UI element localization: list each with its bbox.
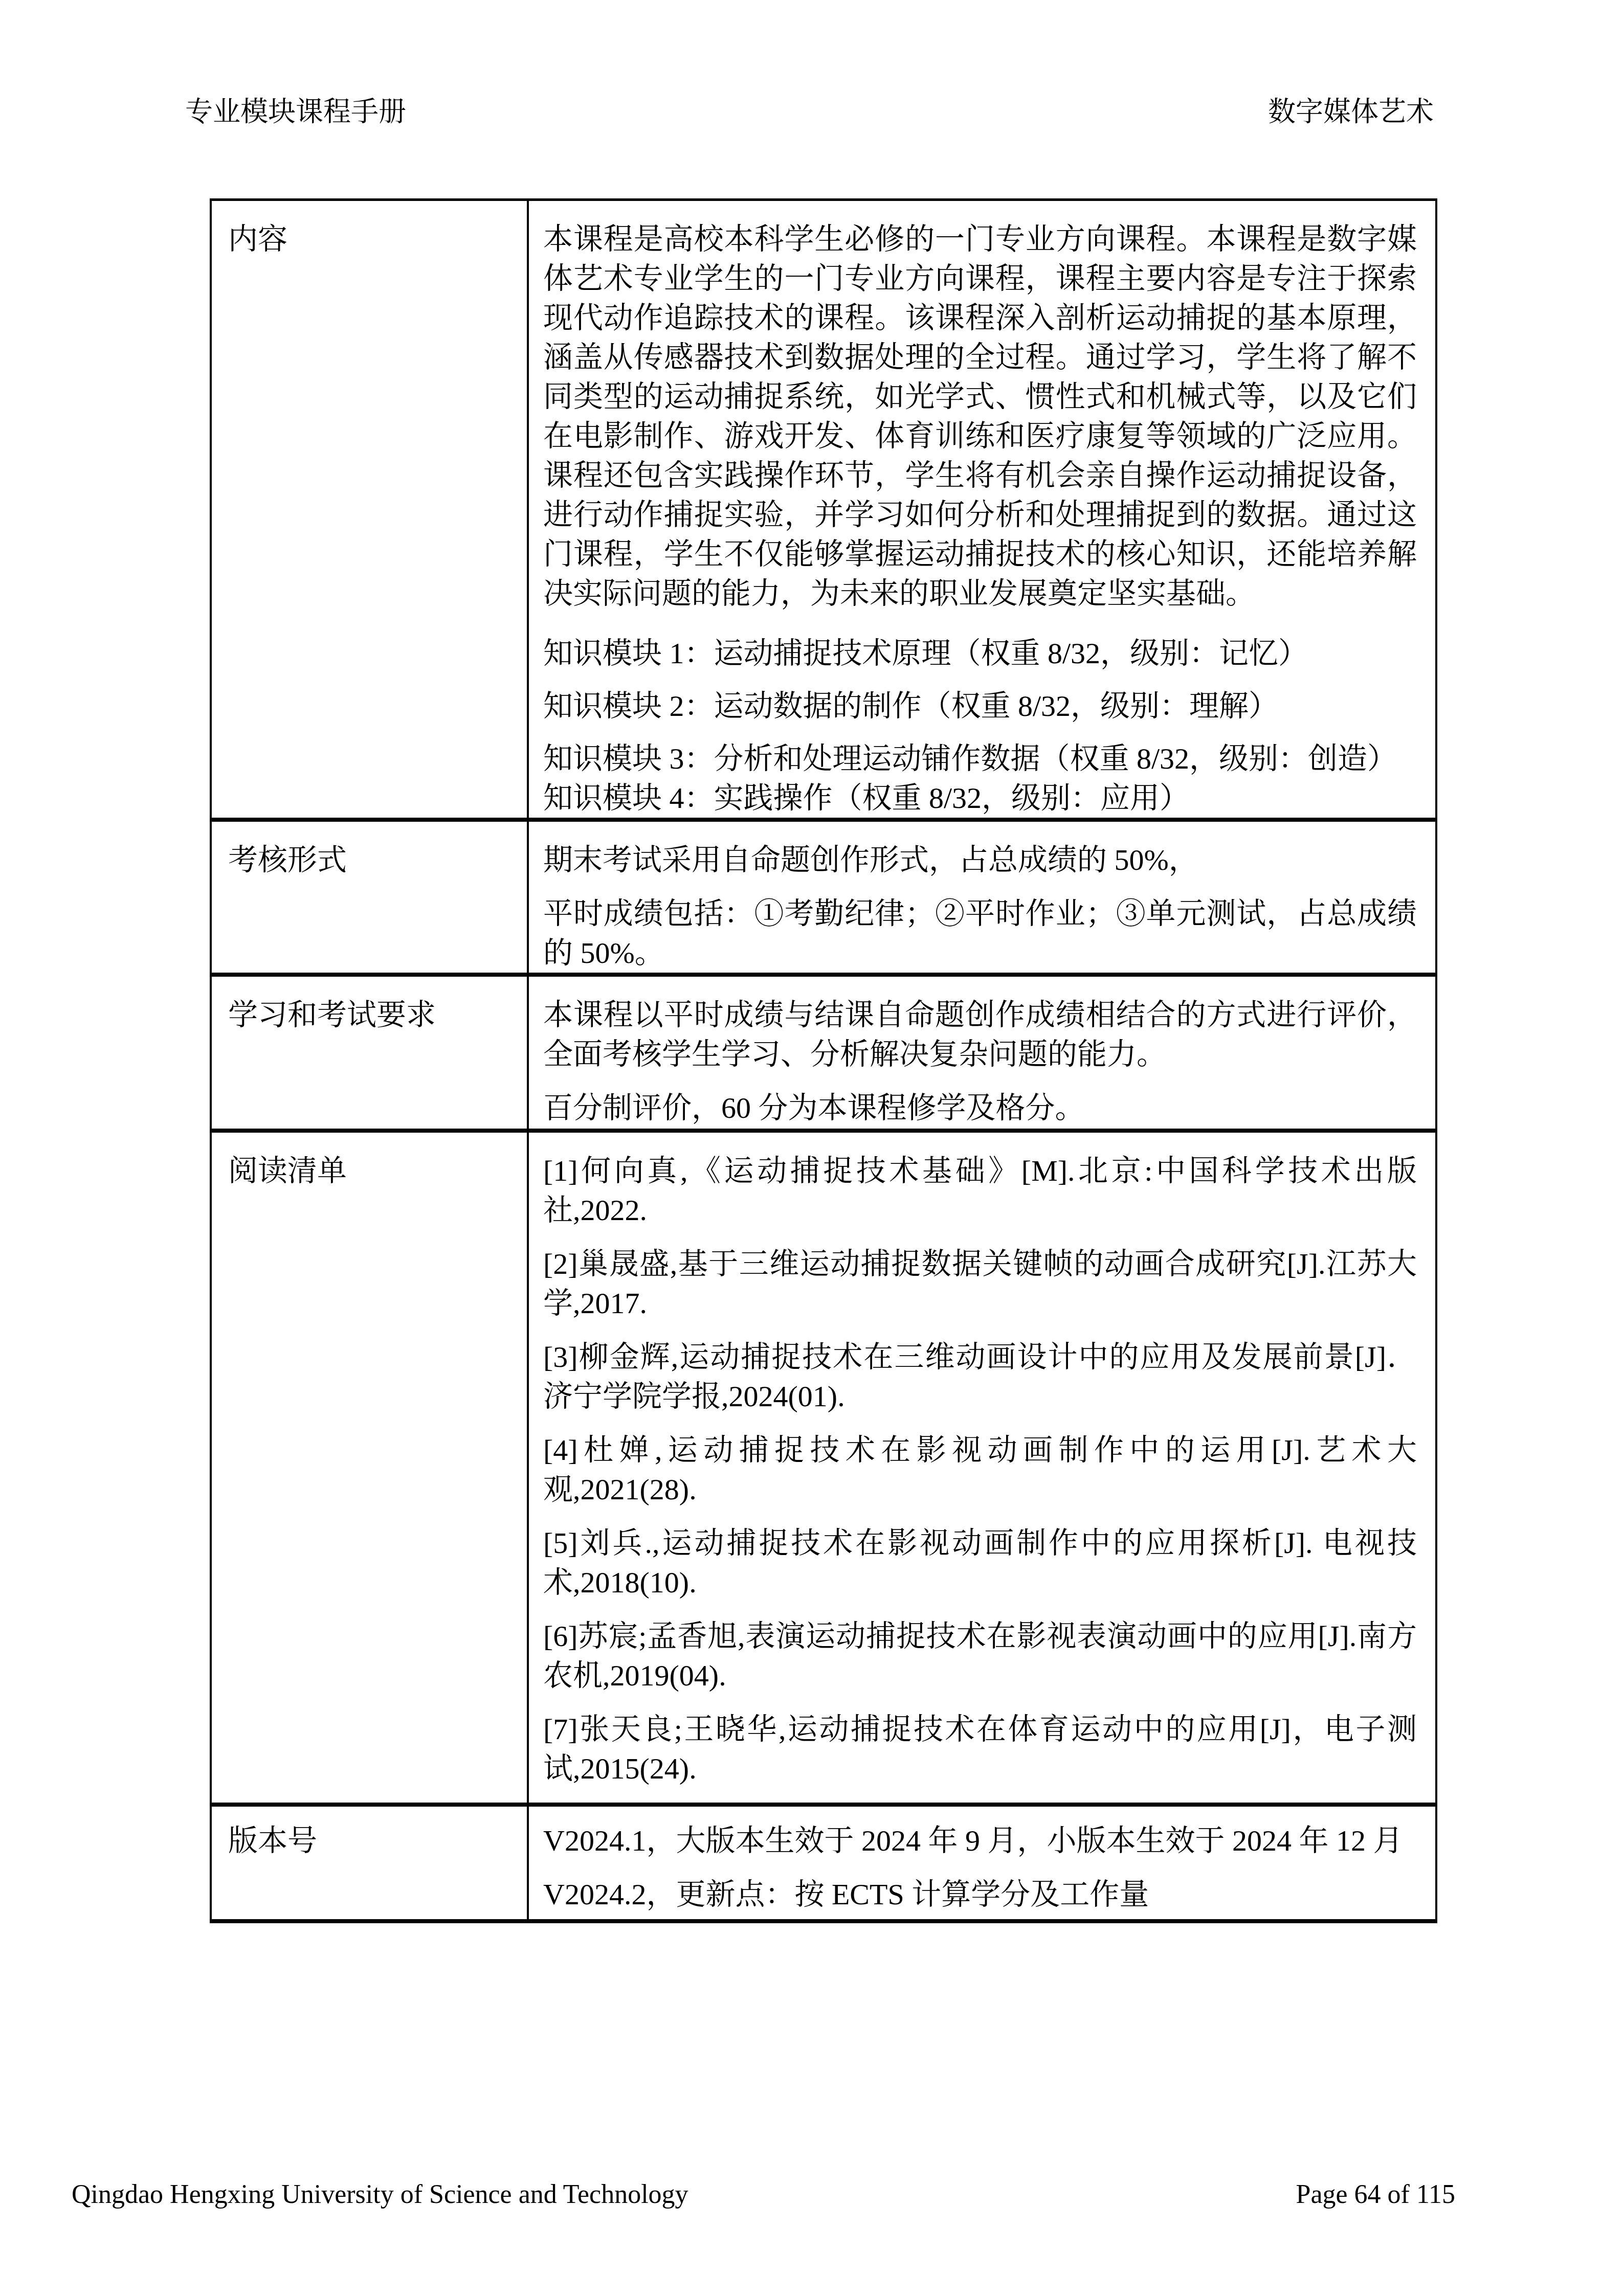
version-minor: V2024.2，更新点：按 ECTS 计算学分及工作量 — [543, 1875, 1417, 1914]
row-label-assessment: 考核形式 — [212, 822, 529, 973]
table-row-reading-list: 阅读清单 [1]何向真,《运动捕捉技术基础》[M].北京:中国科学技术出版社,2… — [212, 1133, 1435, 1807]
course-description: 本课程是高校本科学生必修的一门专业方向课程。本课程是数字媒体艺术专业学生的一门专… — [543, 219, 1417, 613]
row-label-version: 版本号 — [212, 1807, 529, 1919]
table-row-requirements: 学习和考试要求 本课程以平时成绩与结课自命题创作成绩相结合的方式进行评价，全面考… — [212, 977, 1435, 1133]
reference-1: [1]何向真,《运动捕捉技术基础》[M].北京:中国科学技术出版社,2022. — [543, 1151, 1417, 1230]
requirements-evaluation-method: 本课程以平时成绩与结课自命题创作成绩相结合的方式进行评价，全面考核学生学习、分析… — [543, 995, 1417, 1074]
row-body-reading-list: [1]何向真,《运动捕捉技术基础》[M].北京:中国科学技术出版社,2022. … — [529, 1133, 1435, 1803]
knowledge-module-4: 知识模块 4：实践操作（权重 8/32，级别：应用） — [543, 778, 1417, 818]
row-body-requirements: 本课程以平时成绩与结课自命题创作成绩相结合的方式进行评价，全面考核学生学习、分析… — [529, 977, 1435, 1129]
row-label-content: 内容 — [212, 201, 529, 818]
reference-3: [3]柳金辉,运动捕捉技术在三维动画设计中的应用及发展前景[J]．济宁学院学报,… — [543, 1337, 1417, 1416]
knowledge-module-1: 知识模块 1：运动捕捉技术原理（权重 8/32，级别：记忆） — [543, 634, 1417, 673]
footer-university-name: Qingdao Hengxing University of Science a… — [72, 2179, 688, 2210]
course-info-table: 内容 本课程是高校本科学生必修的一门专业方向课程。本课程是数字媒体艺术专业学生的… — [210, 198, 1437, 1923]
footer-page-number: Page 64 of 115 — [1296, 2179, 1455, 2210]
table-row-assessment: 考核形式 期末考试采用自命题创作形式，占总成绩的 50%， 平时成绩包括：①考勤… — [212, 822, 1435, 977]
assessment-regular-grade: 平时成绩包括：①考勤纪律；②平时作业；③单元测试，占总成绩的 50%。 — [543, 894, 1417, 973]
reference-6: [6]苏宸;孟香旭,表演运动捕捉技术在影视表演动画中的应用[J].南方农机,20… — [543, 1616, 1417, 1695]
knowledge-module-3: 知识模块 3：分析和处理运动铺作数据（权重 8/32，级别：创造） — [543, 739, 1417, 778]
knowledge-module-2: 知识模块 2：运动数据的制作（权重 8/32，级别：理解） — [543, 686, 1417, 726]
reference-5: [5]刘兵.,运动捕捉技术在影视动画制作中的应用探析[J]. 电视技术,2018… — [543, 1523, 1417, 1602]
row-body-content: 本课程是高校本科学生必修的一门专业方向课程。本课程是数字媒体艺术专业学生的一门专… — [529, 201, 1435, 818]
header-handbook-title: 专业模块课程手册 — [185, 96, 406, 128]
course-handbook-page: { "header": { "left": "专业模块课程手册", "right… — [0, 0, 1624, 2296]
row-label-reading-list: 阅读清单 — [212, 1133, 529, 1803]
table-row-version: 版本号 V2024.1，大版本生效于 2024 年 9 月，小版本生效于 202… — [212, 1807, 1435, 1919]
row-body-version: V2024.1，大版本生效于 2024 年 9 月，小版本生效于 2024 年 … — [529, 1807, 1435, 1919]
header-major-name: 数字媒体艺术 — [1268, 96, 1434, 128]
row-body-assessment: 期末考试采用自命题创作形式，占总成绩的 50%， 平时成绩包括：①考勤纪律；②平… — [529, 822, 1435, 973]
table-row-content: 内容 本课程是高校本科学生必修的一门专业方向课程。本课程是数字媒体艺术专业学生的… — [212, 201, 1435, 822]
row-label-requirements: 学习和考试要求 — [212, 977, 529, 1129]
assessment-final-exam: 期末考试采用自命题创作形式，占总成绩的 50%， — [543, 840, 1417, 880]
requirements-passing-score: 百分制评价，60 分为本课程修学及格分。 — [543, 1088, 1417, 1128]
version-major: V2024.1，大版本生效于 2024 年 9 月，小版本生效于 2024 年 … — [543, 1821, 1417, 1860]
reference-2: [2]巢晟盛,基于三维运动捕捉数据关键帧的动画合成研究[J].江苏大学,2017… — [543, 1244, 1417, 1323]
reference-7: [7]张天良;王晓华,运动捕捉技术在体育运动中的应用[J]，电子测试,2015(… — [543, 1709, 1417, 1788]
reference-4: [4]杜婵,运动捕捉技术在影视动画制作中的运用[J].艺术大观,2021(28)… — [543, 1430, 1417, 1509]
